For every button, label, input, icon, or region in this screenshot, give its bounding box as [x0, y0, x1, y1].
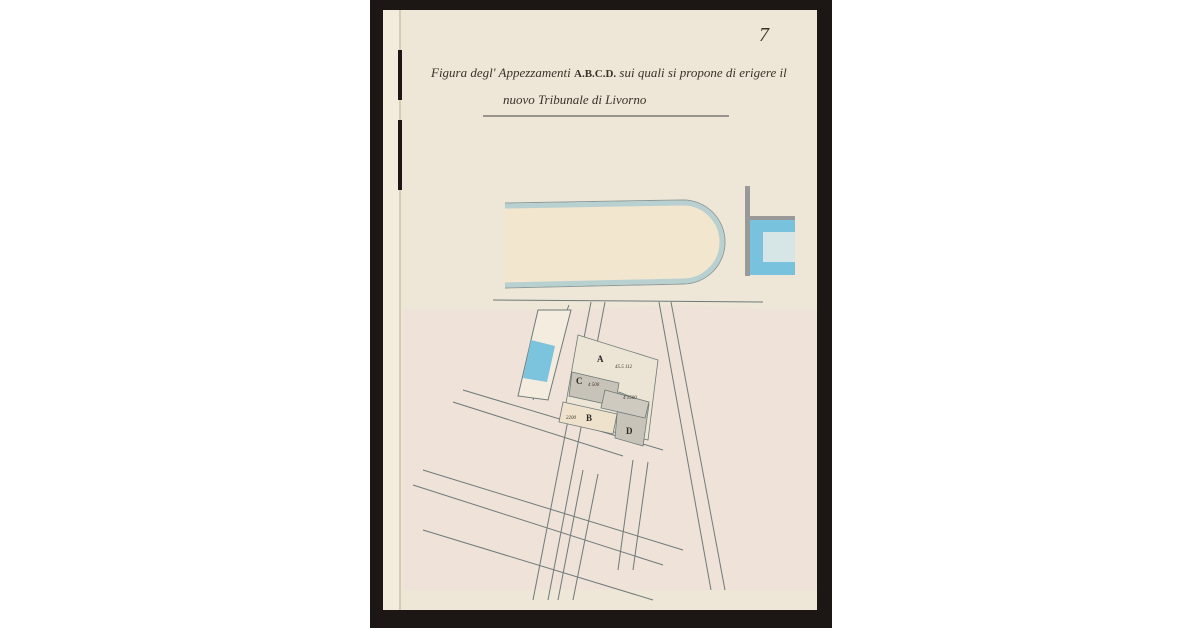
parcel-label-b: B [586, 413, 592, 423]
parcel-area-a: 45.5 112 [615, 365, 632, 370]
page-number: 7 [759, 24, 769, 47]
parcel-area-d: 4 1500 [623, 396, 637, 401]
parcel-label-d: D [626, 426, 633, 436]
parcel-area-c: 4 500 [588, 383, 599, 388]
title-text-pre: Figura degl' Appezzamenti [431, 65, 571, 80]
parcel-label-a: A [597, 354, 604, 364]
map-sheet: 7 Figura degl' Appezzamenti A.B.C.D. sui… [383, 10, 817, 610]
title-line-2: nuovo Tribunale di Livorno [503, 92, 646, 108]
title-text-post: sui quali si propone di erigere il [619, 65, 786, 80]
parcel-label-c: C [576, 376, 583, 386]
title-line-1: Figura degl' Appezzamenti A.B.C.D. sui q… [431, 65, 787, 81]
parcel-area-b: 2200 [566, 416, 576, 421]
title-parcels: A.B.C.D. [574, 68, 616, 80]
